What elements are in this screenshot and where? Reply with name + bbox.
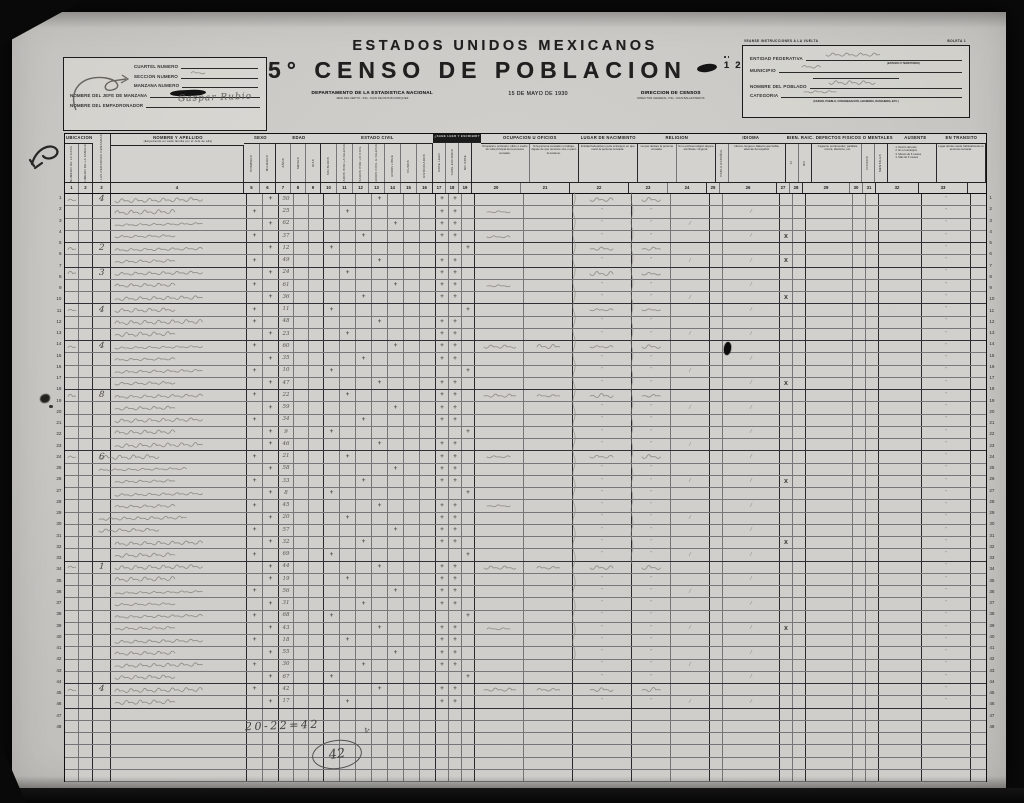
row-number: 9 [52, 282, 64, 293]
column-header-cell: MENTALES [875, 144, 888, 182]
census-cell [793, 206, 806, 217]
census-row: 4+50+++" [65, 194, 986, 206]
census-date: 15 DE MAYO DE 1930 [477, 90, 600, 97]
census-cell: + [449, 464, 462, 475]
census-cell: / [671, 623, 710, 634]
census-cell [309, 464, 324, 475]
census-cell [324, 378, 340, 389]
census-cell [279, 758, 294, 769]
census-cell [420, 513, 436, 524]
census-cell [671, 464, 710, 475]
direction-subtitle: DIRECTOR GENERAL: ING. JUAN BALLESTEROS [600, 96, 742, 100]
census-cell [475, 206, 524, 217]
census-cell [793, 562, 806, 573]
census-cell [671, 268, 710, 279]
census-cell: " [922, 488, 971, 499]
census-cell: + [436, 353, 449, 364]
census-cell [780, 733, 793, 744]
census-cell: " [922, 341, 971, 352]
census-cell: + [449, 647, 462, 658]
census-cell [879, 439, 922, 450]
census-cell [294, 586, 309, 597]
handwriting-squiggle [801, 62, 823, 71]
census-cell [324, 635, 340, 646]
census-cell [340, 280, 356, 291]
census-cell [247, 329, 263, 340]
census-cell [806, 317, 853, 328]
handwriting-squiggle [67, 307, 76, 313]
census-cell: 34 [279, 415, 294, 426]
census-cell [93, 598, 111, 609]
census-cell: 42 [279, 684, 294, 695]
census-cell [671, 733, 710, 744]
census-cell [65, 647, 79, 658]
handwriting-squiggle [67, 454, 76, 460]
census-cell: " [573, 525, 632, 536]
column-header-cell: AÑOS [276, 144, 291, 182]
census-cell [420, 745, 436, 756]
census-cell [524, 598, 573, 609]
row-number: 27 [987, 485, 999, 496]
column-group-label: DEFECTOS FISICOS O MENTALES [815, 134, 894, 144]
census-cell [793, 660, 806, 671]
census-cell: x [780, 476, 793, 487]
census-cell [309, 562, 324, 573]
census-cell [866, 574, 879, 585]
column-header-cell: DIVORCIADOS [417, 144, 433, 182]
row-number: 28 [987, 496, 999, 507]
census-cell [420, 317, 436, 328]
column-header-cell: SABE ESCRIBIR [446, 143, 459, 182]
census-cell [340, 427, 356, 438]
census-cell [793, 366, 806, 377]
census-cell [793, 598, 806, 609]
handwritten-family-number: 3 [98, 269, 104, 278]
census-cell [524, 219, 573, 230]
handwriting-squiggle [828, 78, 876, 87]
census-cell: " [632, 586, 671, 597]
census-cell [671, 341, 710, 352]
ink-blob [40, 394, 50, 403]
census-cell: " [922, 219, 971, 230]
handwritten-age: 56 [283, 589, 290, 595]
census-cell: " [922, 268, 971, 279]
census-cell [462, 525, 475, 536]
row-numbers-left: 1234567891011121314151617181920212223242… [52, 133, 64, 782]
census-cell [524, 329, 573, 340]
census-cell: " [922, 366, 971, 377]
census-cell: + [449, 194, 462, 205]
census-cell [780, 366, 793, 377]
census-cell [79, 549, 93, 560]
census-cell [879, 427, 922, 438]
census-cell [436, 733, 449, 744]
census-row: +17+++""//" [65, 696, 986, 708]
census-cell [309, 231, 324, 242]
census-cell [356, 672, 372, 683]
census-cell [475, 390, 524, 401]
column-number: 3 [93, 183, 111, 193]
census-cell [324, 525, 340, 536]
census-cell [866, 647, 879, 658]
row-number: 14 [987, 338, 999, 349]
census-cell [710, 562, 723, 573]
census-cell [388, 206, 404, 217]
row-number: 4 [987, 226, 999, 237]
census-cell [793, 341, 806, 352]
census-cell [806, 598, 853, 609]
census-cell [309, 415, 324, 426]
census-cell [372, 549, 388, 560]
row-number: 2 [52, 203, 64, 214]
census-cell: x [780, 231, 793, 242]
census-cell: / [723, 574, 780, 585]
census-cell: " [922, 660, 971, 671]
country-title: ESTADOS UNIDOS MEXICANOS [268, 38, 742, 54]
census-cell: " [632, 513, 671, 524]
census-cell [475, 317, 524, 328]
census-cell [263, 317, 279, 328]
census-cell: / [671, 513, 710, 524]
census-cell [79, 451, 93, 462]
census-cell [247, 672, 263, 683]
census-cell [671, 562, 710, 573]
census-cell: + [263, 537, 279, 548]
census-cell [263, 366, 279, 377]
census-cell [710, 451, 723, 462]
census-cell [404, 231, 420, 242]
census-cell: + [436, 500, 449, 511]
census-cell [449, 366, 462, 377]
census-cell: " [632, 696, 671, 707]
census-cell [853, 562, 866, 573]
handwriting-squiggle [641, 453, 661, 460]
row-number: 32 [987, 541, 999, 552]
census-cell: / [723, 402, 780, 413]
census-cell [853, 635, 866, 646]
census-cell [524, 439, 573, 450]
census-cell [65, 206, 79, 217]
census-row: 3+24+++" [65, 268, 986, 280]
census-cell: + [340, 574, 356, 585]
census-cell [806, 243, 853, 254]
census-cell: " [922, 255, 971, 266]
census-cell [294, 745, 309, 756]
census-cell [324, 476, 340, 487]
census-cell: " [632, 292, 671, 303]
census-cell [65, 488, 79, 499]
census-cell: + [324, 488, 340, 499]
census-cell [710, 721, 723, 732]
census-cell [372, 415, 388, 426]
column-group: AUSENTE1. Dentro del país2. En el extran… [894, 134, 937, 182]
census-cell [294, 696, 309, 707]
census-row: +18+++""" [65, 635, 986, 647]
census-cell: 10 [279, 366, 294, 377]
census-cell [324, 513, 340, 524]
census-cell [294, 451, 309, 462]
census-cell [475, 513, 524, 524]
census-cell [356, 304, 372, 315]
census-cell [65, 427, 79, 438]
census-cell [388, 696, 404, 707]
census-cell: / [723, 378, 780, 389]
row-number: 35 [52, 575, 64, 586]
census-cell [404, 366, 420, 377]
census-cell [263, 206, 279, 217]
census-cell [879, 451, 922, 462]
census-cell [710, 255, 723, 266]
census-cell: / [671, 255, 710, 266]
census-cell [524, 390, 573, 401]
census-cell [524, 353, 573, 364]
census-cell [404, 194, 420, 205]
census-cell [462, 439, 475, 450]
census-cell [294, 366, 309, 377]
census-cell [340, 255, 356, 266]
census-cell: + [449, 537, 462, 548]
census-cell [671, 537, 710, 548]
census-cell [879, 647, 922, 658]
census-row: +8++""" [65, 488, 986, 500]
handwriting-squiggle [641, 686, 661, 693]
census-cell [294, 537, 309, 548]
census-cell [806, 268, 853, 279]
census-cell: + [340, 696, 356, 707]
census-cell [475, 660, 524, 671]
census-cell [806, 635, 853, 646]
census-cell: " [922, 427, 971, 438]
census-cell [524, 402, 573, 413]
census-cell: + [449, 378, 462, 389]
census-cell [356, 280, 372, 291]
census-cell [420, 684, 436, 695]
census-cell [879, 672, 922, 683]
census-cell [632, 341, 671, 352]
census-cell [420, 721, 436, 732]
census-cell [793, 574, 806, 585]
census-cell: " [632, 672, 671, 683]
column-group-label: LUGAR DE NACIMIENTO [579, 134, 638, 144]
census-cell [294, 243, 309, 254]
census-cell [710, 304, 723, 315]
census-cell [420, 464, 436, 475]
census-cell [449, 770, 462, 781]
census-cell [879, 770, 922, 781]
census-cell [294, 317, 309, 328]
column-group-label: SEXO [244, 134, 276, 144]
census-cell [793, 390, 806, 401]
census-cell: " [573, 329, 632, 340]
census-cell: + [436, 206, 449, 217]
census-cell [93, 219, 111, 230]
census-cell [309, 623, 324, 634]
census-cell: 23 [279, 329, 294, 340]
census-cell: + [449, 353, 462, 364]
census-cell: " [922, 537, 971, 548]
census-cell [356, 341, 372, 352]
census-cell [294, 268, 309, 279]
census-cell [475, 745, 524, 756]
census-cell [866, 439, 879, 450]
census-cell [866, 353, 879, 364]
census-cell: + [263, 623, 279, 634]
census-cell [671, 378, 710, 389]
census-cell: 22 [279, 390, 294, 401]
census-cell [247, 745, 263, 756]
census-cell: + [436, 537, 449, 548]
census-cell: " [573, 378, 632, 389]
handwriting-squiggle [483, 686, 516, 693]
census-cell [324, 623, 340, 634]
census-cell [780, 268, 793, 279]
census-cell: + [247, 317, 263, 328]
census-cell [65, 721, 79, 732]
census-cell [294, 464, 309, 475]
census-cell: + [324, 672, 340, 683]
census-cell [65, 623, 79, 634]
census-cell [65, 329, 79, 340]
census-cell [340, 439, 356, 450]
census-cell: + [436, 194, 449, 205]
handwriting-squiggle [589, 453, 615, 460]
census-cell [853, 255, 866, 266]
census-cell: + [263, 268, 279, 279]
column-group: ¿SABE LEER Y ESCRIBIR?SABE LEERSABE ESCR… [433, 134, 480, 182]
column-group-label: OCUPACION U OFICIOS [481, 134, 579, 144]
census-cell [475, 329, 524, 340]
census-cell [340, 598, 356, 609]
census-cell [93, 745, 111, 756]
census-cell [723, 709, 780, 720]
census-cell [340, 353, 356, 364]
census-cell: / [671, 366, 710, 377]
census-cell [806, 574, 853, 585]
census-cell [710, 464, 723, 475]
census-cell: + [247, 660, 263, 671]
census-cell: " [632, 464, 671, 475]
handwritten-entidad [825, 50, 880, 60]
handwritten-age: 48 [283, 319, 290, 325]
column-group-label: BIEN. RAIC. [786, 134, 815, 144]
census-cell [111, 745, 247, 756]
census-cell [404, 513, 420, 524]
census-cell [340, 304, 356, 315]
census-cell [723, 733, 780, 744]
census-cell [793, 733, 806, 744]
census-cell [324, 206, 340, 217]
census-cell [793, 549, 806, 560]
handwritten-age: 44 [283, 564, 290, 570]
census-cell [710, 341, 723, 352]
census-cell [420, 733, 436, 744]
census-cell: 48 [279, 317, 294, 328]
row-number: 26 [52, 473, 64, 484]
census-cell [793, 684, 806, 695]
handwritten-age: 49 [283, 258, 290, 264]
census-cell [372, 304, 388, 315]
census-cell [475, 415, 524, 426]
census-cell [462, 268, 475, 279]
census-cell [780, 464, 793, 475]
census-cell [65, 292, 79, 303]
census-cell [420, 280, 436, 291]
census-cell [324, 586, 340, 597]
census-cell [79, 488, 93, 499]
census-cell: " [632, 255, 671, 266]
census-cell [524, 758, 573, 769]
census-cell [853, 598, 866, 609]
census-cell: + [372, 623, 388, 634]
census-cell [449, 709, 462, 720]
census-cell [79, 329, 93, 340]
census-cell [420, 660, 436, 671]
row-number: 5 [52, 237, 64, 248]
census-cell [420, 219, 436, 230]
ink-smudge [696, 63, 717, 74]
handwriting-squiggle [67, 687, 76, 693]
census-cell [372, 427, 388, 438]
census-cell: / [723, 672, 780, 683]
census-cell [404, 696, 420, 707]
census-cell [793, 194, 806, 205]
census-cell [356, 647, 372, 658]
census-cell: + [263, 439, 279, 450]
column-header-cell: FISICOS [862, 144, 875, 182]
census-cell [263, 304, 279, 315]
column-group: BIEN. RAIC.SINO [786, 134, 815, 182]
census-cell [793, 635, 806, 646]
census-cell: / [723, 353, 780, 364]
census-cell [780, 745, 793, 756]
census-cell [806, 451, 853, 462]
census-cell [793, 745, 806, 756]
census-cell [879, 292, 922, 303]
census-cell [462, 476, 475, 487]
census-cell: + [449, 439, 462, 450]
census-cell [449, 745, 462, 756]
census-cell [372, 329, 388, 340]
census-cell [79, 255, 93, 266]
census-cell [247, 696, 263, 707]
census-cell [632, 268, 671, 279]
census-cell [420, 598, 436, 609]
census-cell [247, 402, 263, 413]
census-cell: + [247, 684, 263, 695]
census-cell [793, 537, 806, 548]
census-cell [294, 647, 309, 658]
row-number: 28 [52, 496, 64, 507]
census-cell: " [573, 292, 632, 303]
census-cell [475, 672, 524, 683]
census-cell [793, 758, 806, 769]
census-table: UBICACIONNUMERO DE LA CASANUMERO DE LA F… [64, 133, 987, 782]
census-cell [780, 451, 793, 462]
census-cell [388, 537, 404, 548]
row-number: 29 [52, 507, 64, 518]
census-cell [79, 464, 93, 475]
census-cell: " [632, 280, 671, 291]
census-cell [404, 292, 420, 303]
column-header-cell: DIAS [306, 144, 321, 182]
census-cell [247, 770, 263, 781]
census-cell: + [263, 329, 279, 340]
census-cell [879, 562, 922, 573]
census-cell [404, 721, 420, 732]
census-cell [879, 549, 922, 560]
census-cell: / [723, 255, 780, 266]
census-cell [780, 721, 793, 732]
